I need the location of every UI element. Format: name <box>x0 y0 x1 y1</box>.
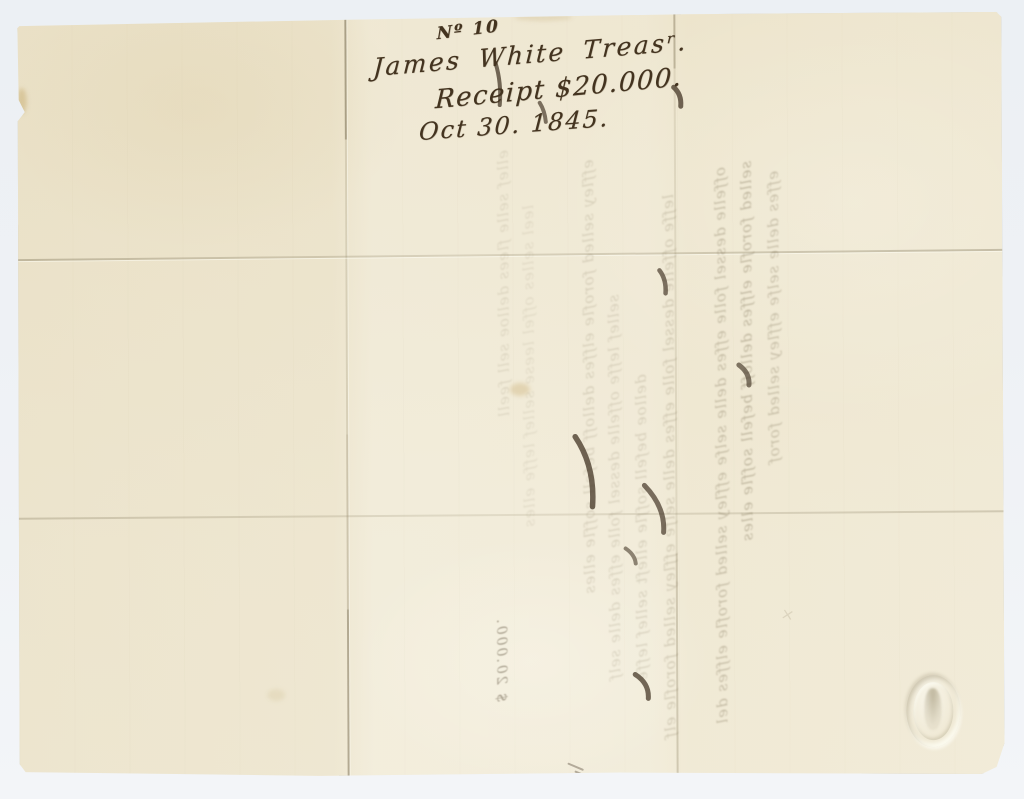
embossed-seal-figure <box>924 688 941 730</box>
embossed-seal <box>906 675 960 747</box>
scanner-background: { "meta": { "description": "Scanned vers… <box>0 0 1024 799</box>
document-sheet: ellef selle flees delloe sell feell leel… <box>16 12 1004 778</box>
